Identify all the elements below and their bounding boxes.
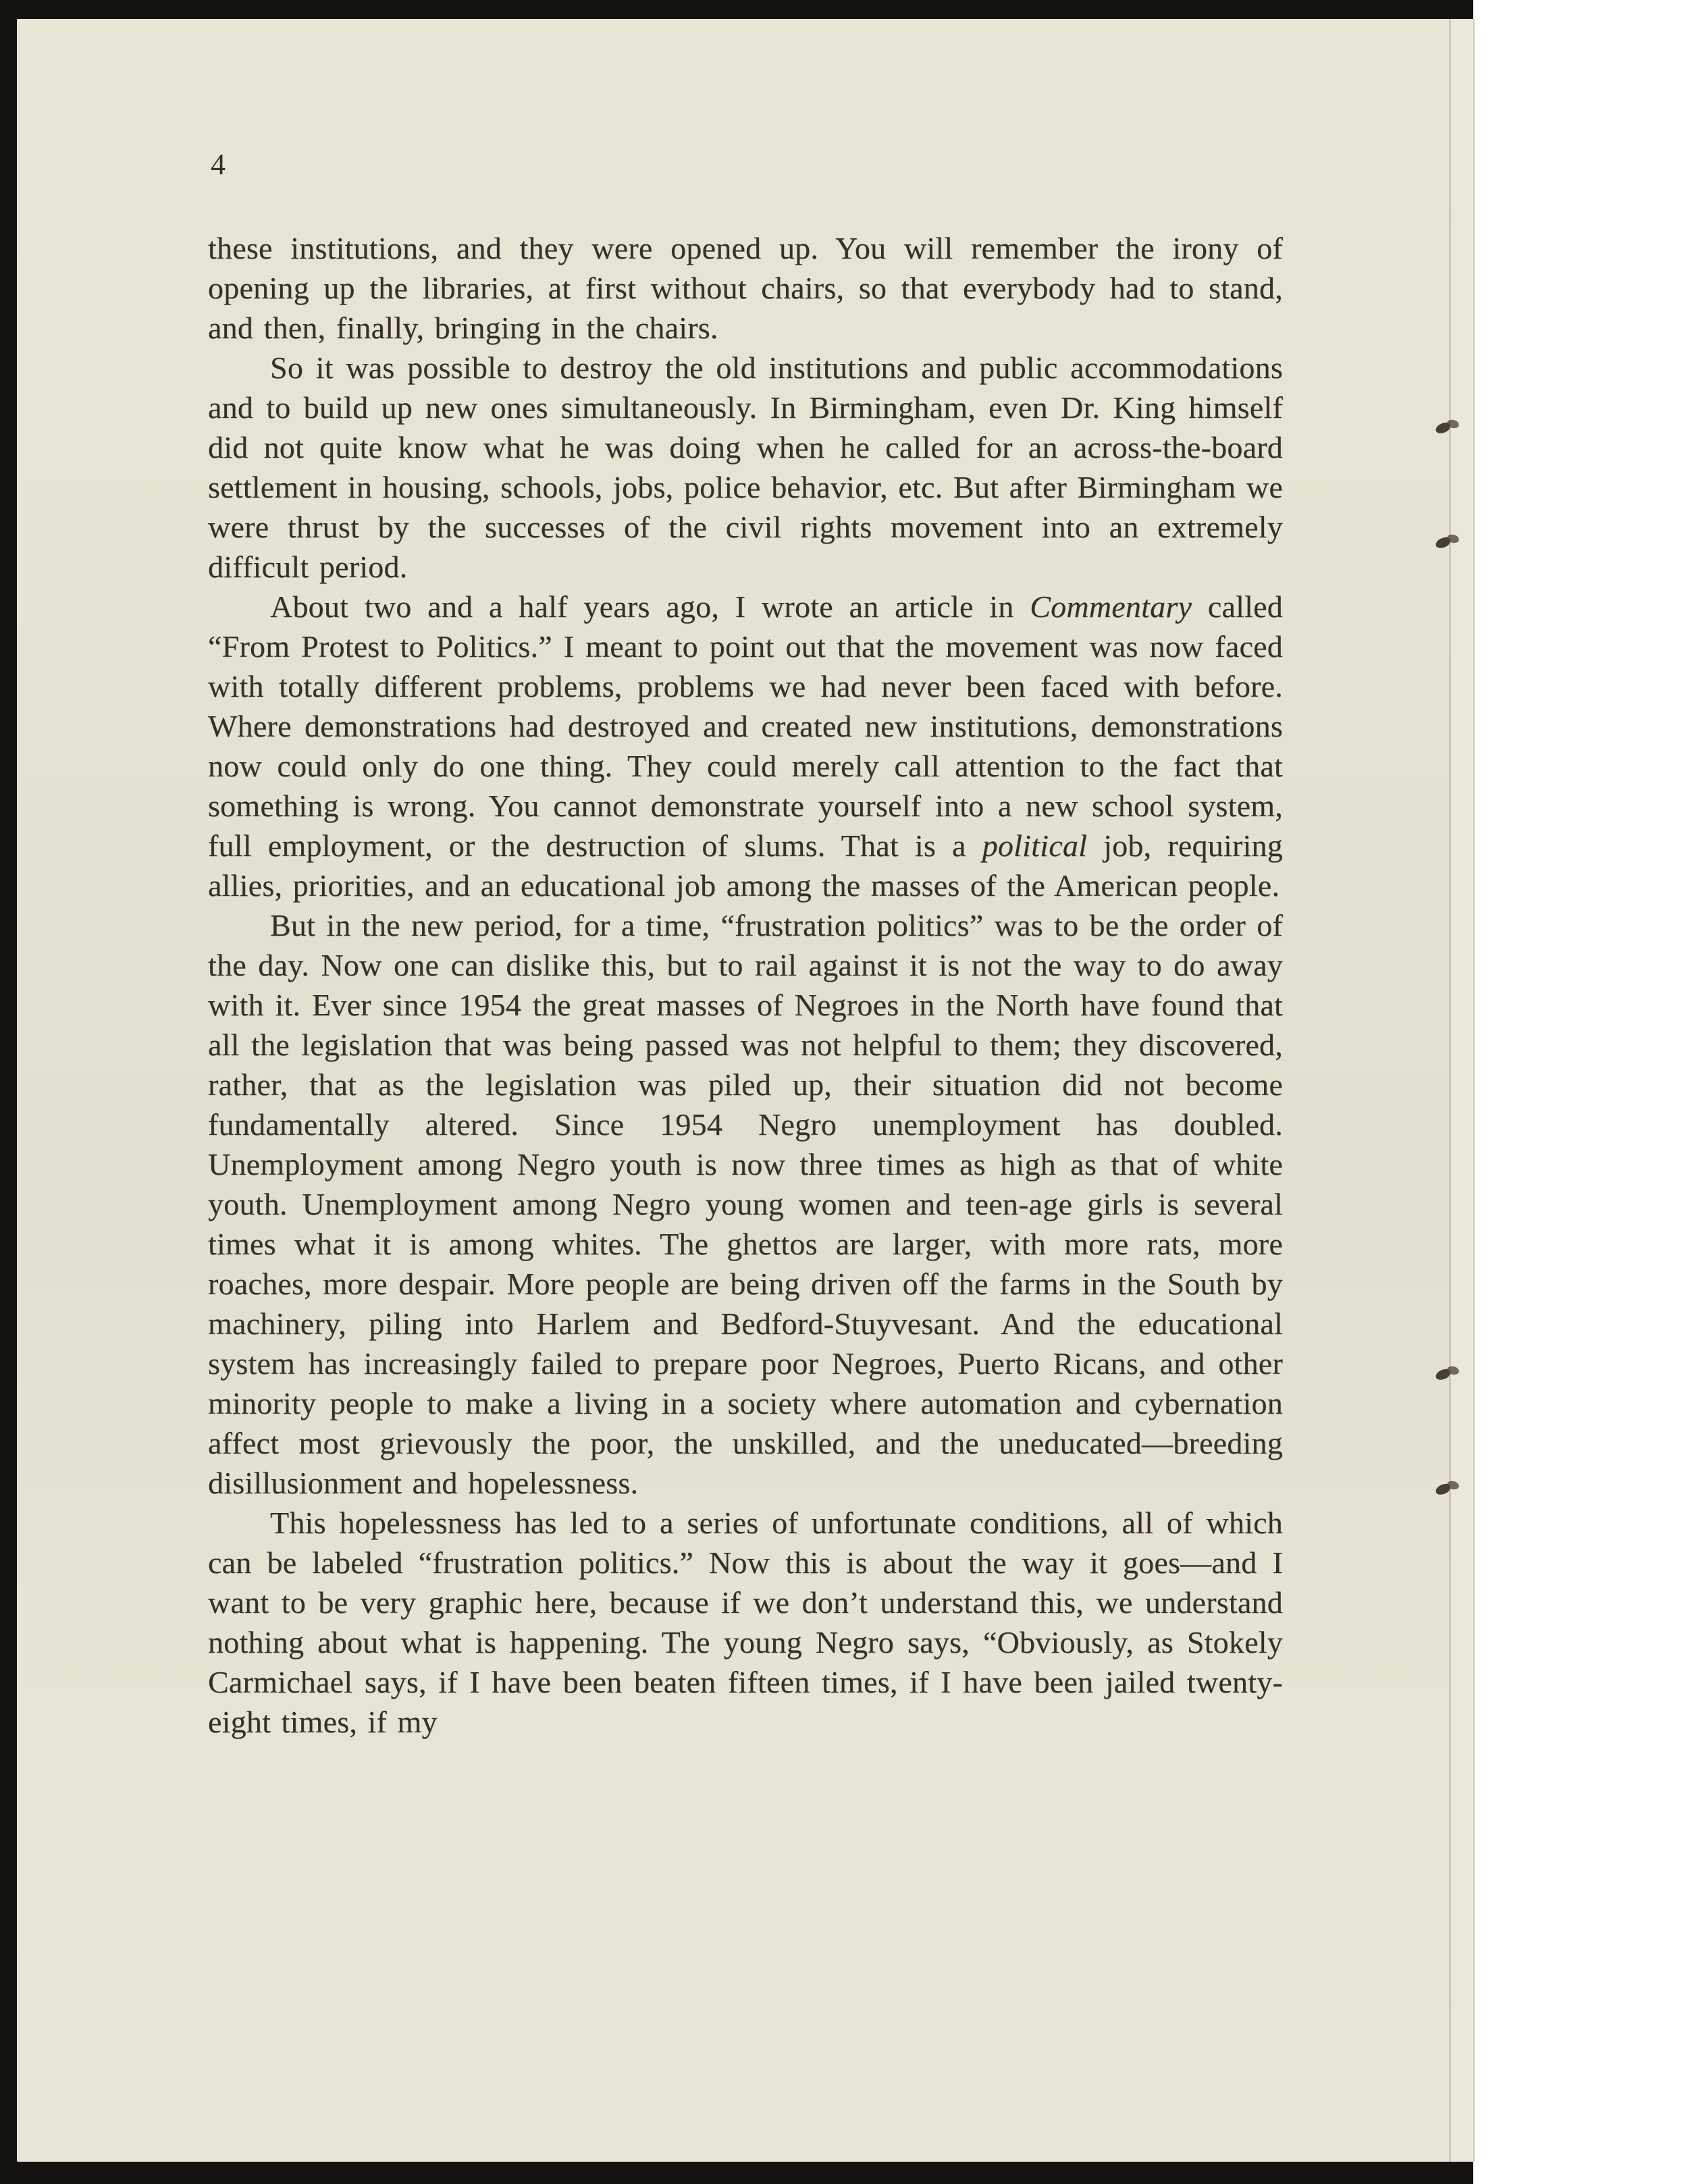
paragraph: This hopelessness has led to a series of… bbox=[208, 1503, 1283, 1742]
text-run: called “From Protest to Politics.” I mea… bbox=[208, 589, 1283, 863]
stitch-mark bbox=[1434, 1364, 1461, 1383]
stitch-mark bbox=[1434, 533, 1461, 552]
italic-text: Commentary bbox=[1030, 589, 1192, 624]
text-run: So it was possible to destroy the old in… bbox=[208, 350, 1283, 584]
binding-fold-line bbox=[1449, 19, 1451, 2162]
paragraph: About two and a half years ago, I wrote … bbox=[208, 587, 1283, 905]
text-run: But in the new period, for a time, “frus… bbox=[208, 908, 1283, 1500]
book-page: 4 these institutions, and they were open… bbox=[17, 19, 1475, 2162]
stitch-mark bbox=[1434, 1479, 1461, 1498]
scanner-background bbox=[1473, 0, 1688, 2184]
paragraph: So it was possible to destroy the old in… bbox=[208, 348, 1283, 587]
body-text: these institutions, and they were opened… bbox=[208, 228, 1283, 1742]
italic-text: political bbox=[982, 828, 1087, 863]
paragraph: But in the new period, for a time, “frus… bbox=[208, 905, 1283, 1503]
stitch-mark bbox=[1434, 418, 1461, 437]
scanned-page: 4 these institutions, and they were open… bbox=[0, 0, 1688, 2184]
text-run: About two and a half years ago, I wrote … bbox=[270, 589, 1030, 624]
text-run: these institutions, and they were opened… bbox=[208, 231, 1283, 345]
paragraph: these institutions, and they were opened… bbox=[208, 228, 1283, 348]
paper-edge-strip bbox=[1450, 19, 1473, 2162]
text-run: This hopelessness has led to a series of… bbox=[208, 1506, 1283, 1739]
page-number: 4 bbox=[211, 149, 226, 181]
